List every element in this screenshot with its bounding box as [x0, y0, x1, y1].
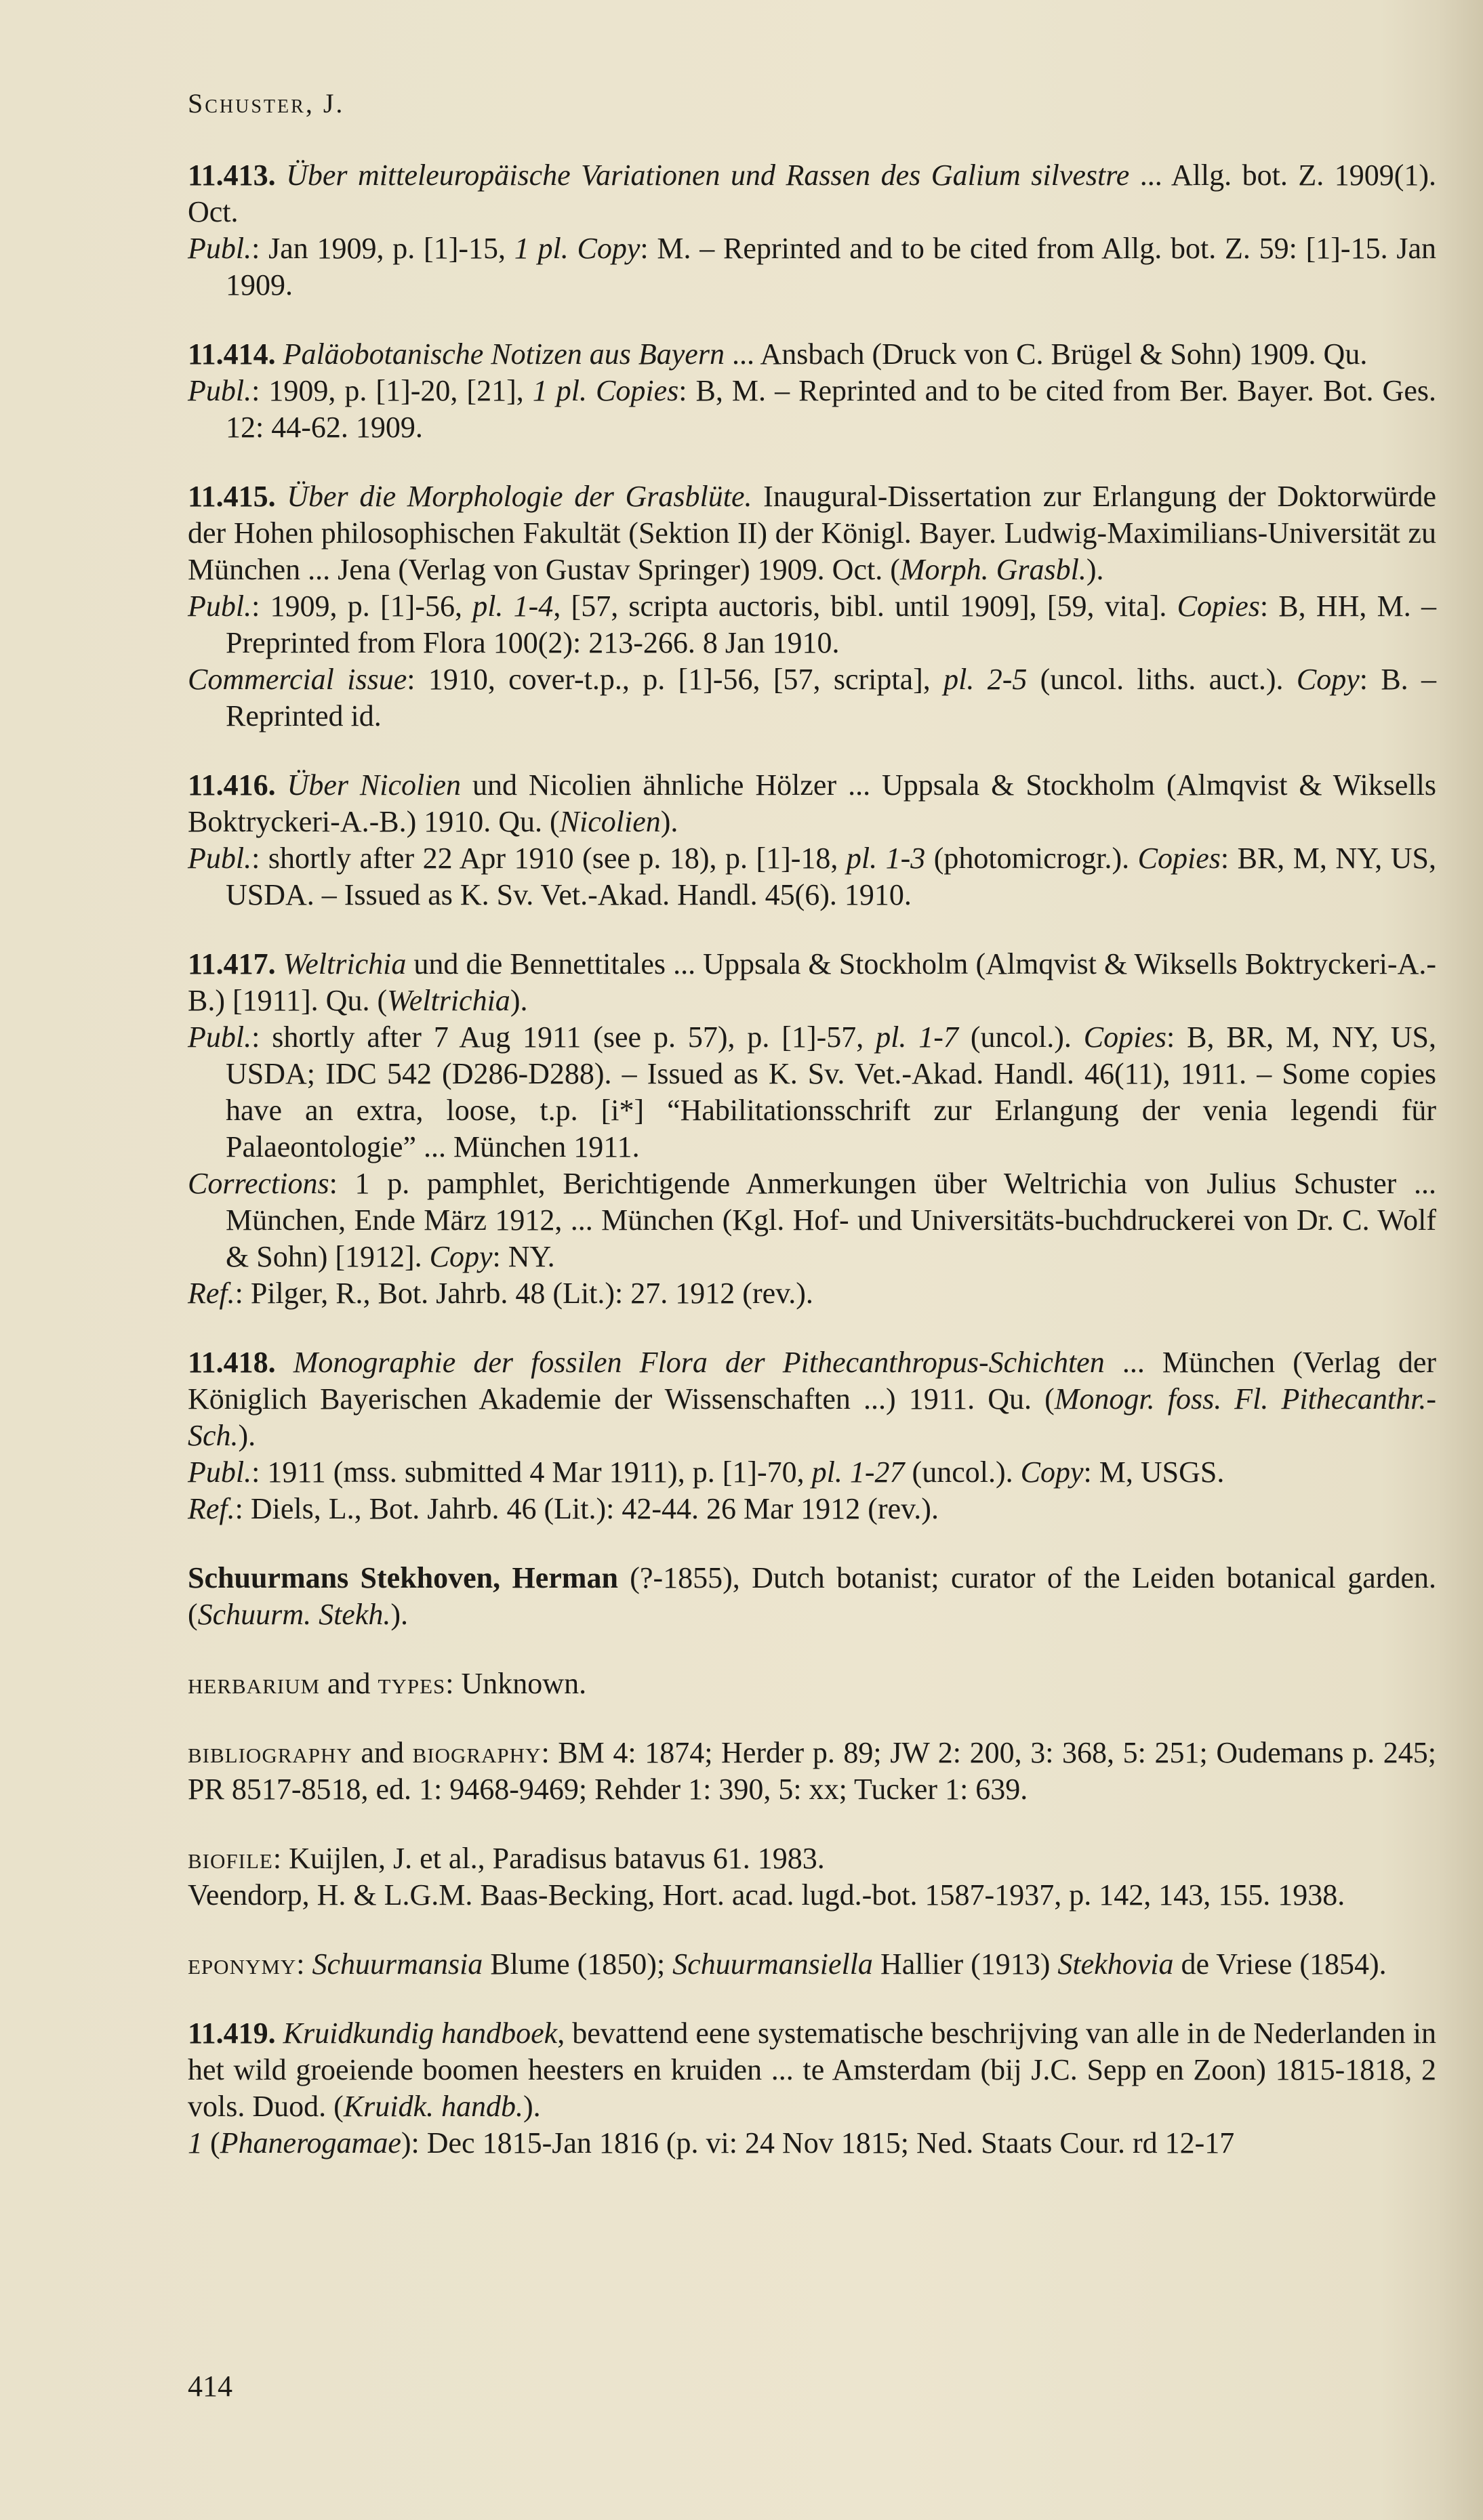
author-abbreviation: Schuurm. Stekh.: [198, 1598, 391, 1631]
entry-abbreviation: Morph. Grasbl.: [900, 553, 1086, 586]
bibliography-entry: 11.417. Weltrichia und die Bennettitales…: [188, 946, 1436, 1312]
page-content: Schuster, J. 11.413. Über mitteleuropäis…: [188, 85, 1436, 2194]
entry-title: Über die Morphologie der Grasblüte.: [287, 480, 752, 513]
bibliography-entry: 11.414. Paläobotanische Notizen aus Baye…: [188, 336, 1436, 446]
publ-line: Publ.: 1909, p. [1]-56, pl. 1-4, [57, sc…: [188, 588, 1436, 661]
bibliography-entry: 11.418. Monographie der fossilen Flora d…: [188, 1344, 1436, 1527]
entry-number: 11.414.: [188, 337, 276, 371]
page-number: 414: [188, 2369, 232, 2403]
entry-abbreviation: Nicolien: [560, 805, 661, 838]
bibliography-entry: 11.415. Über die Morphologie der Grasblü…: [188, 478, 1436, 735]
ref-line: Ref.: Pilger, R., Bot. Jahrb. 48 (Lit.):…: [188, 1275, 1436, 1312]
entry-abbreviation: Weltrichia: [387, 984, 510, 1017]
entry-number: 11.417.: [188, 947, 276, 980]
bibliography-entry: 11.419. Kruidkundig handboek, bevattend …: [188, 2015, 1436, 2162]
bibliography-entry: 11.416. Über Nicolien und Nicolien ähnli…: [188, 767, 1436, 913]
biofile-section: biofile: Kuijlen, J. et al., Paradisus b…: [188, 1840, 1436, 1914]
publ-line: Publ.: shortly after 22 Apr 1910 (see p.…: [188, 840, 1436, 913]
commercial-issue-line: Commercial issue: 1910, cover-t.p., p. […: [188, 661, 1436, 735]
entry-number: 11.415.: [188, 480, 276, 513]
corrections-line: Corrections: 1 p. pamphlet, Berichtigend…: [188, 1165, 1436, 1275]
bibliography-entry: 11.413. Über mitteleuropäische Variation…: [188, 157, 1436, 304]
publ-line: Publ.: Jan 1909, p. [1]-15, 1 pl. Copy: …: [188, 230, 1436, 304]
eponymy-section: eponymy: Schuurmansia Blume (1850); Schu…: [188, 1946, 1436, 1983]
author-heading: Schuurmans Stekhoven, Herman (?-1855), D…: [188, 1560, 1436, 1633]
publ-line: Publ.: shortly after 7 Aug 1911 (see p. …: [188, 1019, 1436, 1165]
running-head: Schuster, J.: [188, 85, 1436, 122]
herbarium-section: herbarium and types: Unknown.: [188, 1666, 1436, 1702]
author-name: Schuurmans Stekhoven, Herman: [188, 1561, 618, 1594]
publ-line: Publ.: 1911 (mss. submitted 4 Mar 1911),…: [188, 1454, 1436, 1491]
entry-number: 11.413.: [188, 159, 276, 192]
entry-title: Paläobotanische Notizen aus Bayern: [283, 337, 725, 371]
volume-line: 1 (Phanerogamae): Dec 1815-Jan 1816 (p. …: [188, 2125, 1436, 2162]
entry-number: 11.418.: [188, 1346, 276, 1379]
entry-title: Monographie der fossilen Flora der Pithe…: [293, 1346, 1105, 1379]
entry-title: Über Nicolien: [287, 768, 461, 802]
entry-imprint: ... Ansbach (Druck von C. Brügel & Sohn)…: [725, 337, 1367, 371]
entry-title: Kruidkundig handboek: [283, 2017, 558, 2050]
entry-title: Weltrichia: [283, 947, 407, 980]
book-page: Schuster, J. 11.413. Über mitteleuropäis…: [0, 0, 1483, 2520]
entry-title: Über mitteleuropäische Variationen und R…: [286, 159, 1129, 192]
publ-line: Publ.: 1909, p. [1]-20, [21], 1 pl. Copi…: [188, 373, 1436, 446]
bibliography-section: bibliography and biography: BM 4: 1874; …: [188, 1735, 1436, 1808]
entry-number: 11.419.: [188, 2017, 276, 2050]
ref-line: Ref.: Diels, L., Bot. Jahrb. 46 (Lit.): …: [188, 1491, 1436, 1527]
entry-number: 11.416.: [188, 768, 276, 802]
